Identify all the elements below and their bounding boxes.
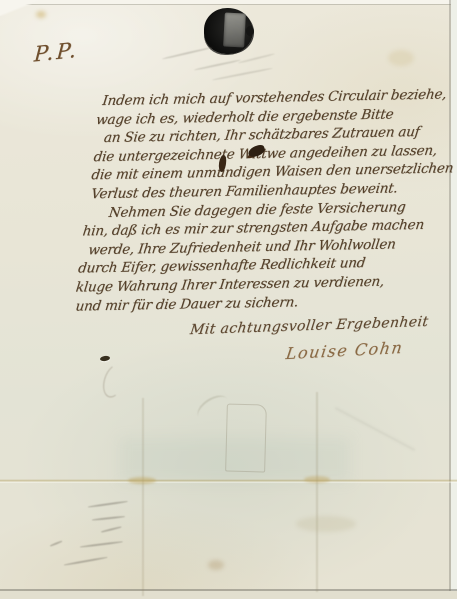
pencil-streak <box>212 67 273 81</box>
seal-highlight <box>223 12 245 47</box>
signature: Louise Cohn <box>285 338 405 363</box>
pencil-scribble <box>88 500 128 507</box>
pencil-scribble <box>80 541 123 548</box>
fold-stain <box>304 476 330 483</box>
pencil-scribble <box>50 540 63 546</box>
pencil-scribble <box>101 526 122 533</box>
ink-speck <box>100 355 111 361</box>
pencil-loop <box>99 362 129 401</box>
paper-bottom-strip <box>0 591 457 599</box>
scanned-letter-page: P.P. Indem ich mich auf vorstehendes Cir… <box>0 0 457 599</box>
pencil-streak <box>194 59 241 71</box>
fold-stain <box>128 477 156 484</box>
pencil-scribble <box>64 556 108 565</box>
horizontal-fold-crease <box>0 479 457 483</box>
pencil-streak <box>162 46 213 60</box>
paper-stain <box>36 11 46 18</box>
paper-stain <box>208 560 224 570</box>
paper-stain <box>296 516 356 532</box>
paper-right-margin <box>451 0 457 599</box>
paper-corner-top-left <box>0 0 40 16</box>
pencil-scribble <box>92 516 125 521</box>
vertical-fold-crease <box>316 392 318 592</box>
paper-top-edge-line <box>0 4 457 5</box>
closing-line: Mit achtungsvoller Ergebenheit <box>189 314 429 338</box>
seal-edge-nub <box>246 26 254 36</box>
vertical-fold-crease <box>142 398 144 596</box>
seal-impression-outline <box>225 403 267 472</box>
salutation: P.P. <box>33 37 80 66</box>
pencil-streak <box>238 53 275 64</box>
paper-stain <box>388 50 414 66</box>
letter-body: Indem ich mich auf vorstehendes Circulai… <box>72 85 451 315</box>
